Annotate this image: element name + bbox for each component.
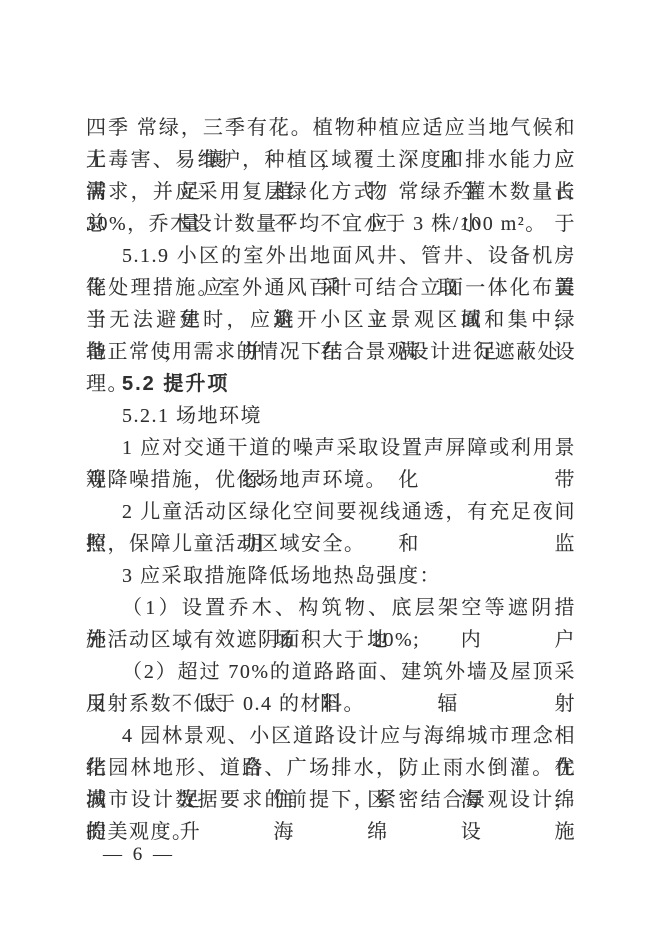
- section-heading: 5.2 提升项: [86, 368, 576, 400]
- text-line: 无毒害、易维护，种植区域覆土深度和排水能力应满足植物生长: [86, 144, 576, 176]
- text-line: 5.1.9 小区的室外出地面风井、管井、设备机房等应采取美: [86, 240, 576, 272]
- text-line: 30%，乔木设计数量平均不宜小于 3 株/100 m²。: [86, 208, 576, 240]
- text-line: 化处理措施。室外通风百叶可结合立面一体化布置于建筑立面，: [86, 272, 576, 304]
- text-line: 5.2.1 场地环境: [86, 400, 576, 432]
- text-line: 当无法避免时，应避开小区主景观区域和集中绿地，并在满足设: [86, 304, 576, 336]
- text-line: 3 应采取措施降低场地热岛强度：: [86, 560, 576, 592]
- text-line: 城市设计数据要求的前提下，紧密结合景观设计，提升海绵设施: [86, 784, 576, 816]
- text-line: 四季 常绿，三季有花。植物种植应适应当地气候和土壤，且应: [86, 112, 576, 144]
- text-line: （2）超过 70%的道路路面、建筑外墙及屋顶采用太阳辐射: [86, 656, 576, 688]
- document-page: 四季 常绿，三季有花。植物种植应适应当地气候和土壤，且应无毒害、易维护，种植区域…: [0, 0, 661, 935]
- document-body: 四季 常绿，三季有花。植物种植应适应当地气候和土壤，且应无毒害、易维护，种植区域…: [86, 112, 576, 848]
- text-line: 备正常使用需求的情况下结合景观设计进行遮蔽处理。: [86, 336, 576, 368]
- text-line: 2 儿童活动区绿化空间要视线通透，有充足夜间照明和监: [86, 496, 576, 528]
- text-line: 需求，并应采用复层绿化方式。常绿乔灌木数量占总量不应小于: [86, 176, 576, 208]
- text-line: 1 应对交通干道的噪声采取设置声屏障或利用景观绿化带: [86, 432, 576, 464]
- page-number: — 6 —: [103, 843, 175, 867]
- text-line: 化园林地形、道路、广场排水，防止雨水倒灌。在满足住区海绵: [86, 752, 576, 784]
- text-line: （1）设置乔木、构筑物、底层架空等遮阴措施，场地内户: [86, 592, 576, 624]
- text-line: 4 园林景观、小区道路设计应与海绵城市理念相结合，优: [86, 720, 576, 752]
